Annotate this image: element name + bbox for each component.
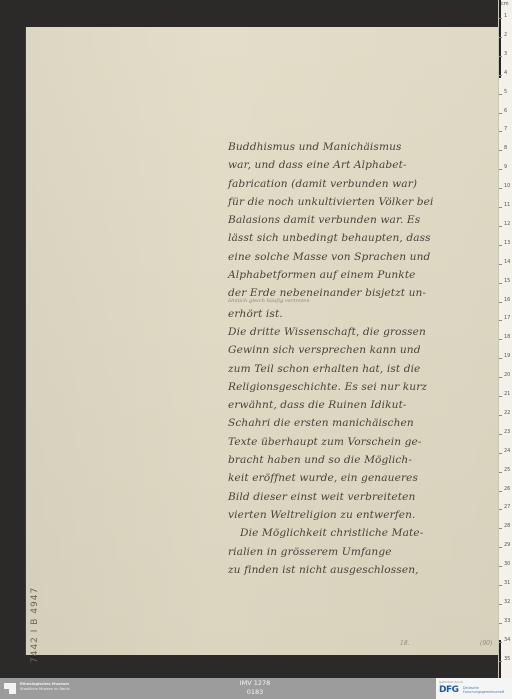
ruler-unit-label: cm bbox=[501, 1, 509, 7]
ruler-tick: 1 bbox=[499, 18, 512, 19]
ruler-tick-label: 2 bbox=[504, 35, 507, 36]
ruler-tick: 22 bbox=[499, 415, 512, 416]
text-line: bracht haben und so die Möglich- bbox=[228, 451, 428, 469]
ruler-tick: 28 bbox=[499, 528, 512, 529]
text-line: zum Teil schon erhalten hat, ist die bbox=[228, 360, 428, 378]
text-line: Schahri die ersten manichäischen bbox=[228, 414, 428, 432]
text-line: fabrication (damit verbunden war) bbox=[228, 175, 428, 193]
ruler-edge bbox=[499, 0, 501, 78]
ruler-tick-label: 22 bbox=[504, 413, 510, 414]
text-line: Gewinn sich versprechen kann und bbox=[228, 341, 428, 359]
text-line: Balasions damit verbunden war. Es bbox=[228, 211, 428, 229]
ruler-tick: 17 bbox=[499, 320, 512, 321]
ruler-tick-label: 30 bbox=[504, 564, 510, 565]
image-caption: IMV 1278 0183 bbox=[200, 679, 310, 697]
ruler-tick-label: 10 bbox=[504, 186, 510, 187]
ruler-tick: 25 bbox=[499, 472, 512, 473]
page-mark: 18. bbox=[400, 640, 410, 647]
ruler-tick-label: 33 bbox=[504, 621, 510, 622]
text-line: Texte überhaupt zum Vorschein ge- bbox=[228, 433, 428, 451]
text-line: vierten Weltreligion zu entwerfen. bbox=[228, 506, 428, 524]
folio-number: (90) bbox=[480, 640, 492, 647]
ruler-tick: 6 bbox=[499, 113, 512, 114]
text-line: Buddhismus und Manichäismus bbox=[228, 138, 428, 156]
text-line: erhört ist. bbox=[228, 305, 428, 323]
ruler-tick: 29 bbox=[499, 547, 512, 548]
ruler-tick-label: 7 bbox=[504, 129, 507, 130]
text-line: Die Möglichkeit christliche Mate- bbox=[228, 524, 428, 542]
text-line: eine solche Masse von Sprachen und bbox=[228, 248, 428, 266]
ruler-tick-label: 3 bbox=[504, 54, 507, 55]
ruler-tick-label: 12 bbox=[504, 224, 510, 225]
ruler-tick: 21 bbox=[499, 396, 512, 397]
image-viewer[interactable]: Buddhismus und Manichäismus war, und das… bbox=[0, 0, 498, 678]
ruler-tick: 11 bbox=[499, 207, 512, 208]
ruler-tick-label: 18 bbox=[504, 337, 510, 338]
ruler-tick-label: 25 bbox=[504, 470, 510, 471]
ruler-tick: 34 bbox=[499, 642, 512, 643]
ruler-tick-label: 19 bbox=[504, 356, 510, 357]
margin-annotation: 7442 I B 4947 bbox=[30, 587, 40, 663]
ruler-tick-label: 11 bbox=[504, 205, 510, 206]
ruler-tick: 26 bbox=[499, 491, 512, 492]
museum-credit: Ethnologisches Museum Staatliche Museen … bbox=[20, 682, 70, 692]
funder-name-line2: Forschungsgemeinschaft bbox=[463, 690, 504, 694]
museum-logo-icon bbox=[4, 683, 16, 694]
text-line: erwähnt, dass die Ruinen Idikut- bbox=[228, 396, 428, 414]
ruler-tick: 24 bbox=[499, 453, 512, 454]
funder-name: Deutsche Forschungsgemeinschaft bbox=[463, 686, 504, 694]
cm-ruler: cm 1234567891011121314151617181920212223… bbox=[498, 0, 512, 678]
text-line: lässt sich unbedingt behaupten, dass bbox=[228, 229, 428, 247]
shelfmark: IMV 1278 bbox=[200, 679, 310, 688]
ruler-tick-label: 16 bbox=[504, 300, 510, 301]
text-line: Religionsgeschichte. Es sei nur kurz bbox=[228, 378, 428, 396]
ruler-tick-label: 20 bbox=[504, 375, 510, 376]
text-line: keit eröffnet wurde, ein genaueres bbox=[228, 469, 428, 487]
ruler-tick-label: 1 bbox=[504, 16, 507, 17]
ruler-tick: 5 bbox=[499, 94, 512, 95]
ruler-tick-label: 34 bbox=[504, 640, 510, 641]
ruler-tick-label: 23 bbox=[504, 432, 510, 433]
ruler-tick: 33 bbox=[499, 623, 512, 624]
ruler-tick: 18 bbox=[499, 339, 512, 340]
ruler-tick-label: 31 bbox=[504, 583, 510, 584]
ruler-tick-label: 29 bbox=[504, 545, 510, 546]
ruler-tick: 3 bbox=[499, 56, 512, 57]
ruler-tick-label: 13 bbox=[504, 243, 510, 244]
ruler-tick-label: 26 bbox=[504, 489, 510, 490]
ruler-tick-label: 21 bbox=[504, 394, 510, 395]
ruler-tick: 10 bbox=[499, 188, 512, 189]
text-line: Alphabetformen auf einem Punkte bbox=[228, 266, 428, 284]
ruler-tick-label: 15 bbox=[504, 281, 510, 282]
ruler-tick: 30 bbox=[499, 566, 512, 567]
text-line: war, und dass eine Art Alphabet- bbox=[228, 156, 428, 174]
ruler-tick-label: 14 bbox=[504, 262, 510, 263]
ruler-tick-label: 32 bbox=[504, 602, 510, 603]
funder-credit: Gefördert durch DFG Deutsche Forschungsg… bbox=[436, 678, 512, 699]
footer-bar: Ethnologisches Museum Staatliche Museen … bbox=[0, 678, 512, 699]
ruler-tick-label: 28 bbox=[504, 526, 510, 527]
museum-subtitle: Staatliche Museen zu Berlin bbox=[20, 687, 70, 692]
text-line: zu finden ist nicht ausgeschlossen, bbox=[228, 561, 428, 579]
ruler-tick: 27 bbox=[499, 509, 512, 510]
ruler-tick: 9 bbox=[499, 169, 512, 170]
ruler-tick-label: 17 bbox=[504, 318, 510, 319]
ruler-tick: 32 bbox=[499, 604, 512, 605]
ruler-tick: 14 bbox=[499, 264, 512, 265]
image-number: 0183 bbox=[200, 688, 310, 697]
text-line: für die noch unkultivierten Völker bei bbox=[228, 193, 428, 211]
text-line: Bild dieser einst weit verbreiteten bbox=[228, 488, 428, 506]
ruler-tick-label: 9 bbox=[504, 167, 507, 168]
ruler-tick: 35 bbox=[499, 661, 512, 662]
ruler-tick: 13 bbox=[499, 245, 512, 246]
ruler-tick-label: 8 bbox=[504, 148, 507, 149]
ruler-tick: 20 bbox=[499, 377, 512, 378]
ruler-tick: 2 bbox=[499, 37, 512, 38]
ruler-tick: 23 bbox=[499, 434, 512, 435]
ruler-edge bbox=[499, 640, 501, 678]
ruler-tick-label: 4 bbox=[504, 73, 507, 74]
text-line: rialien in grösserem Umfange bbox=[228, 543, 428, 561]
ruler-tick-label: 6 bbox=[504, 111, 507, 112]
ruler-tick: 31 bbox=[499, 585, 512, 586]
ruler-tick: 19 bbox=[499, 358, 512, 359]
ruler-tick: 8 bbox=[499, 150, 512, 151]
funder-prefix: Gefördert durch bbox=[439, 680, 463, 684]
ruler-tick: 7 bbox=[499, 131, 512, 132]
ruler-tick: 12 bbox=[499, 226, 512, 227]
ruler-tick-label: 24 bbox=[504, 451, 510, 452]
dfg-logo-icon: DFG bbox=[439, 685, 459, 695]
handwritten-text: Buddhismus und Manichäismus war, und das… bbox=[228, 138, 428, 579]
ruler-tick: 15 bbox=[499, 283, 512, 284]
ruler-tick-label: 35 bbox=[504, 659, 510, 660]
text-line: Die dritte Wissenschaft, die grossen bbox=[228, 323, 428, 341]
ruler-tick: 16 bbox=[499, 302, 512, 303]
ruler-tick: 4 bbox=[499, 75, 512, 76]
ruler-tick-label: 27 bbox=[504, 507, 510, 508]
ruler-tick-label: 5 bbox=[504, 92, 507, 93]
